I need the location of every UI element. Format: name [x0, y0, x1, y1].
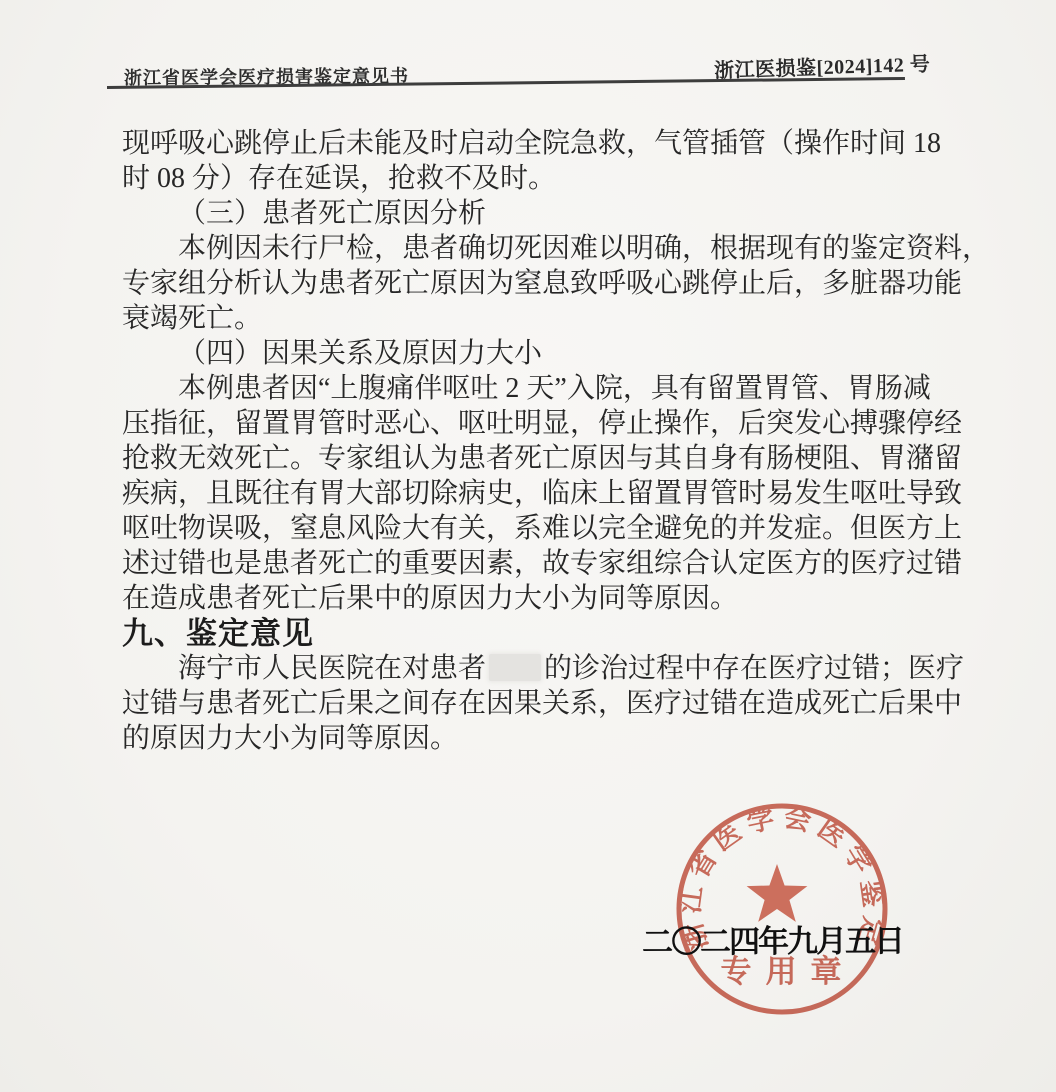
body-line: 本例患者因“上腹痛伴呕吐 2 天”入院，具有留置胃管、胃肠减 [122, 371, 942, 406]
body-line: 疾病，且既往有胃大部切除病史，临床上留置胃管时易发生呕吐导致 [122, 476, 942, 511]
body-line: 专家组分析认为患者死亡原因为窒息致呼吸心跳停止后，多脏器功能 [122, 266, 942, 301]
body-line: 的原因力大小为同等原因。 [122, 721, 942, 756]
opinion-paragraph: 海宁市人民医院在对患者的诊治过程中存在医疗过错；医疗过错与患者死亡后果之间存在因… [122, 651, 942, 756]
document-page: 浙江省医学会医疗损害鉴定意见书 浙江医损鉴[2024]142 号 现呼吸心跳停止… [0, 0, 1056, 1092]
document-flow: 现呼吸心跳停止后未能及时启动全院急救，气管插管（操作时间 18时 08 分）存在… [122, 126, 942, 756]
body-line: 过错与患者死亡后果之间存在因果关系，医疗过错在造成死亡后果中 [122, 686, 942, 721]
body-line: 述过错也是患者死亡的重要因素，故专家组综合认定医方的医疗过错 [122, 546, 942, 581]
body-line: 压指征，留置胃管时恶心、呕吐明显，停止操作，后突发心搏骤停经 [122, 406, 942, 441]
section-heading: 九、鉴定意见 [122, 616, 942, 651]
body-line: 现呼吸心跳停止后未能及时启动全院急救，气管插管（操作时间 18 [122, 126, 942, 161]
body-line: （三）患者死亡原因分析 [122, 196, 942, 231]
body-line: 抢救无效死亡。专家组认为患者死亡原因与其自身有肠梗阻、胃潴留 [122, 441, 942, 476]
body-line: 衰竭死亡。 [122, 301, 942, 336]
document-date: 二〇二四年九月五日 [642, 915, 903, 961]
star-icon [747, 864, 808, 922]
official-seal: 浙江省医学会医学鉴定 专用章 [666, 796, 898, 1028]
body-line: 海宁市人民医院在对患者的诊治过程中存在医疗过错；医疗 [122, 651, 942, 686]
body-line: 在造成患者死亡后果中的原因力大小为同等原因。 [122, 581, 942, 616]
body-line: 呕吐物误吸，窒息风险大有关，系难以完全避免的并发症。但医方上 [122, 511, 942, 546]
document-body: 现呼吸心跳停止后未能及时启动全院急救，气管插管（操作时间 18时 08 分）存在… [122, 126, 942, 616]
redacted-patient-name [489, 654, 541, 681]
body-line: 本例因未行尸检，患者确切死因难以明确，根据现有的鉴定资料， [122, 231, 942, 266]
body-line: 时 08 分）存在延误，抢救不及时。 [122, 161, 942, 196]
body-line: （四）因果关系及原因力大小 [122, 336, 942, 371]
